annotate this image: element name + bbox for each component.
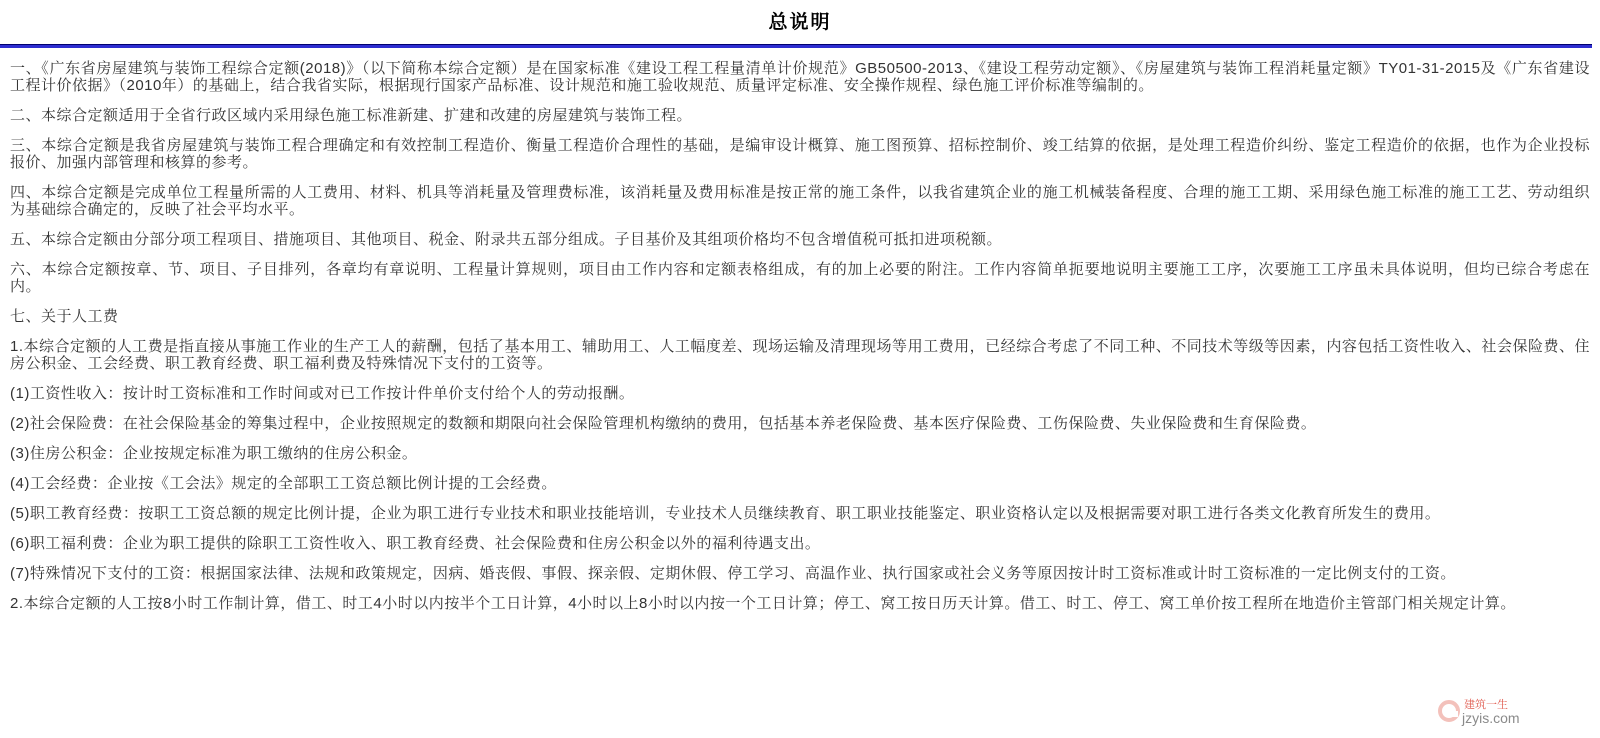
document-content: 一、《广东省房屋建筑与装饰工程综合定额(2018)》（以下简称本综合定额）是在国… (0, 48, 1600, 612)
watermark-brand-text: 建筑一生 (1464, 696, 1508, 712)
watermark: 建筑一生 jzyis.com (1438, 694, 1548, 732)
paragraph: (6)职工福利费：企业为职工提供的除职工工资性收入、职工教育经费、社会保险费和住… (10, 535, 1590, 552)
paragraph: (1)工资性收入：按计时工资标准和工作时间或对已工作按计件单价支付给个人的劳动报… (10, 385, 1590, 402)
paragraph: 三、本综合定额是我省房屋建筑与装饰工程合理确定和有效控制工程造价、衡量工程造价合… (10, 137, 1590, 171)
paragraph: 七、关于人工费 (10, 308, 1590, 325)
document-page: 总说明 一、《广东省房屋建筑与装饰工程综合定额(2018)》（以下简称本综合定额… (0, 0, 1600, 738)
paragraph: 六、本综合定额按章、节、项目、子目排列，各章均有章说明、工程量计算规则，项目由工… (10, 261, 1590, 295)
paragraph: 2.本综合定额的人工按8小时工作制计算，借工、时工4小时以内按半个工日计算，4小… (10, 595, 1590, 612)
paragraph: 四、本综合定额是完成单位工程量所需的人工费用、材料、机具等消耗量及管理费标准，该… (10, 184, 1590, 218)
watermark-domain-text: jzyis.com (1462, 710, 1520, 726)
paragraph: 1.本综合定额的人工费是指直接从事施工作业的生产工人的薪酬，包括了基本用工、辅助… (10, 338, 1590, 372)
paragraph: (4)工会经费：企业按《工会法》规定的全部职工工资总额比例计提的工会经费。 (10, 475, 1590, 492)
paragraph: (3)住房公积金：企业按规定标准为职工缴纳的住房公积金。 (10, 445, 1590, 462)
paragraph: (7)特殊情况下支付的工资：根据国家法律、法规和政策规定，因病、婚丧假、事假、探… (10, 565, 1590, 582)
page-title: 总说明 (0, 0, 1600, 36)
paragraph: (5)职工教育经费：按职工工资总额的规定比例计提，企业为职工进行专业技术和职业技… (10, 505, 1590, 522)
paragraph: 一、《广东省房屋建筑与装饰工程综合定额(2018)》（以下简称本综合定额）是在国… (10, 60, 1590, 94)
paragraph: 五、本综合定额由分部分项工程项目、措施项目、其他项目、税金、附录共五部分组成。子… (10, 231, 1590, 248)
paragraph: 二、本综合定额适用于全省行政区域内采用绿色施工标准新建、扩建和改建的房屋建筑与装… (10, 107, 1590, 124)
paragraph: (2)社会保险费：在社会保险基金的筹集过程中，企业按照规定的数额和期限向社会保险… (10, 415, 1590, 432)
watermark-logo-icon (1438, 700, 1460, 722)
